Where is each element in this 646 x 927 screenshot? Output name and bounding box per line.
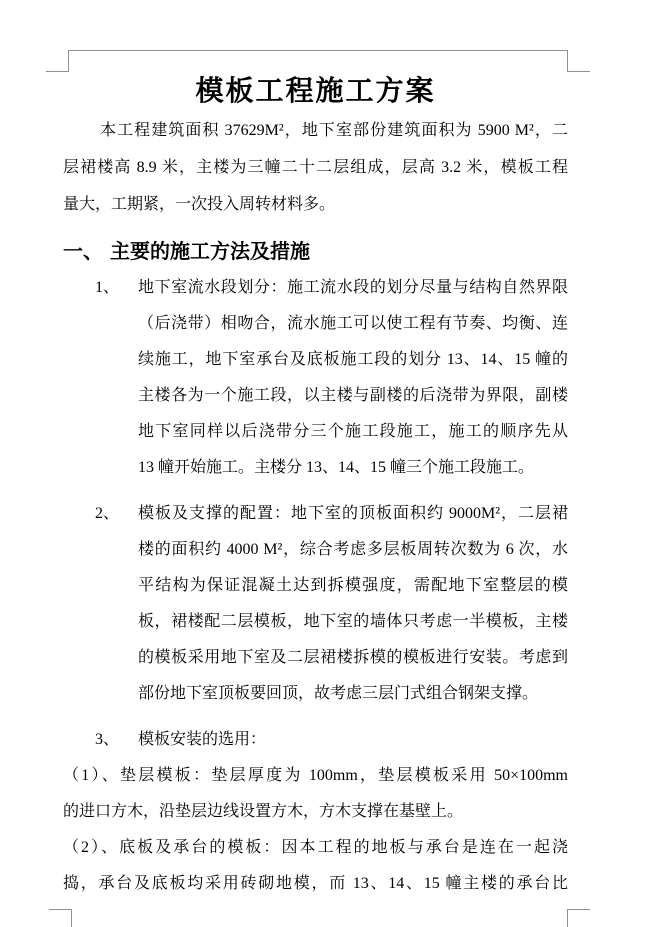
crop-mark-top-left-horizontal (46, 71, 69, 72)
paragraph-line: 楼的面积约 4000 M²，综合考虑多层板周转次数为 6 次，水 (138, 532, 568, 568)
paragraph-line: 平结构为保证混凝土达到拆模强度，需配地下室整层的模 (138, 568, 568, 604)
crop-mark-top-right-horizontal (567, 71, 590, 72)
list-item-content: 地下室流水段划分：施工流水段的划分尽量与结构自然界限 （后浇带）相吻合，流水施工… (138, 270, 568, 486)
list-item-2: 2、 模板及支撑的配置：地下室的顶板面积约 9000M²，二层裙 楼的面积约 4… (63, 496, 568, 712)
paragraph-line: 主楼各为一个施工段，以主楼与副楼的后浇带为界限，副楼 (138, 378, 568, 414)
intro-paragraph: 本工程建筑面积 37629M²，地下室部份建筑面积为 5900 M²，二 层裙楼… (63, 112, 568, 223)
document-body: 模板工程施工方案 本工程建筑面积 37629M²，地下室部份建筑面积为 5900… (63, 75, 568, 902)
paragraph-line: 的模板采用地下室及二层裙楼拆模的模板进行安装。考虑到 (138, 640, 568, 676)
paragraph-line: （2）、底板及承台的模板：因本工程的地板与承台是连在一起浇 (63, 830, 568, 866)
document-title: 模板工程施工方案 (63, 75, 568, 109)
crop-mark-top-right-vertical (567, 50, 568, 72)
list-item-number: 3、 (95, 722, 119, 758)
crop-mark-bottom-left-horizontal (49, 909, 72, 910)
crop-mark-bottom-right-vertical (567, 909, 568, 927)
list-item-1: 1、 地下室流水段划分：施工流水段的划分尽量与结构自然界限 （后浇带）相吻合，流… (63, 270, 568, 486)
list-item-number: 1、 (95, 270, 119, 306)
section-title: 主要的施工方法及措施 (110, 241, 310, 263)
paragraph-line: 的进口方木，沿垫层边线设置方木，方木支撑在基壁上。 (63, 794, 568, 830)
text-boundary-top-line (68, 50, 568, 51)
paragraph-line: 量大，工期紧，一次投入周转材料多。 (63, 186, 568, 223)
paragraph-line: 捣，承台及底板均采用砖砌地模，而 13、14、15 幢主楼的承台比 (63, 866, 568, 902)
section-number: 一、 (63, 234, 110, 270)
sub-paragraph-1: （1）、垫层模板：垫层厚度为 100mm，垫层模板采用 50×100mm 的进口… (63, 758, 568, 830)
paragraph-line: 模板及支撑的配置：地下室的顶板面积约 9000M²，二层裙 (138, 496, 568, 532)
list-item-content: 模板安装的选用： (138, 722, 568, 758)
paragraph-line: 续施工，地下室承台及底板施工段的划分 13、14、15 幢的 (138, 342, 568, 378)
paragraph-line: 地下室同样以后浇带分三个施工段施工，施工的顺序先从 (138, 414, 568, 450)
section-heading: 一、主要的施工方法及措施 (63, 234, 568, 270)
paragraph-line: 本工程建筑面积 37629M²，地下室部份建筑面积为 5900 M²，二 (63, 112, 568, 149)
crop-mark-bottom-right-horizontal (567, 909, 590, 910)
paragraph-line: 地下室流水段划分：施工流水段的划分尽量与结构自然界限 (138, 270, 568, 306)
paragraph-line: 层裙楼高 8.9 米，主楼为三幢二十二层组成，层高 3.2 米，模板工程 (63, 149, 568, 186)
list-item-number: 2、 (95, 496, 119, 532)
sub-paragraph-2: （2）、底板及承台的模板：因本工程的地板与承台是连在一起浇 捣，承台及底板均采用… (63, 830, 568, 902)
paragraph-line: 模板安装的选用： (138, 722, 568, 758)
paragraph-line: 部份地下室顶板要回顶，故考虑三层门式组合钢架支撑。 (138, 676, 568, 712)
paragraph-line: （后浇带）相吻合，流水施工可以使工程有节奏、均衡、连 (138, 306, 568, 342)
document-page: 模板工程施工方案 本工程建筑面积 37629M²，地下室部份建筑面积为 5900… (0, 0, 646, 927)
paragraph-line: 13 幢开始施工。主楼分 13、14、15 幢三个施工段施工。 (138, 450, 568, 486)
list-item-content: 模板及支撑的配置：地下室的顶板面积约 9000M²，二层裙 楼的面积约 4000… (138, 496, 568, 712)
crop-mark-bottom-left-vertical (71, 909, 72, 927)
list-item-3: 3、 模板安装的选用： (63, 722, 568, 758)
crop-mark-top-left-vertical (68, 50, 69, 72)
paragraph-line: （1）、垫层模板：垫层厚度为 100mm，垫层模板采用 50×100mm (63, 758, 568, 794)
paragraph-line: 板，裙楼配二层模板，地下室的墙体只考虑一半模板，主楼 (138, 604, 568, 640)
